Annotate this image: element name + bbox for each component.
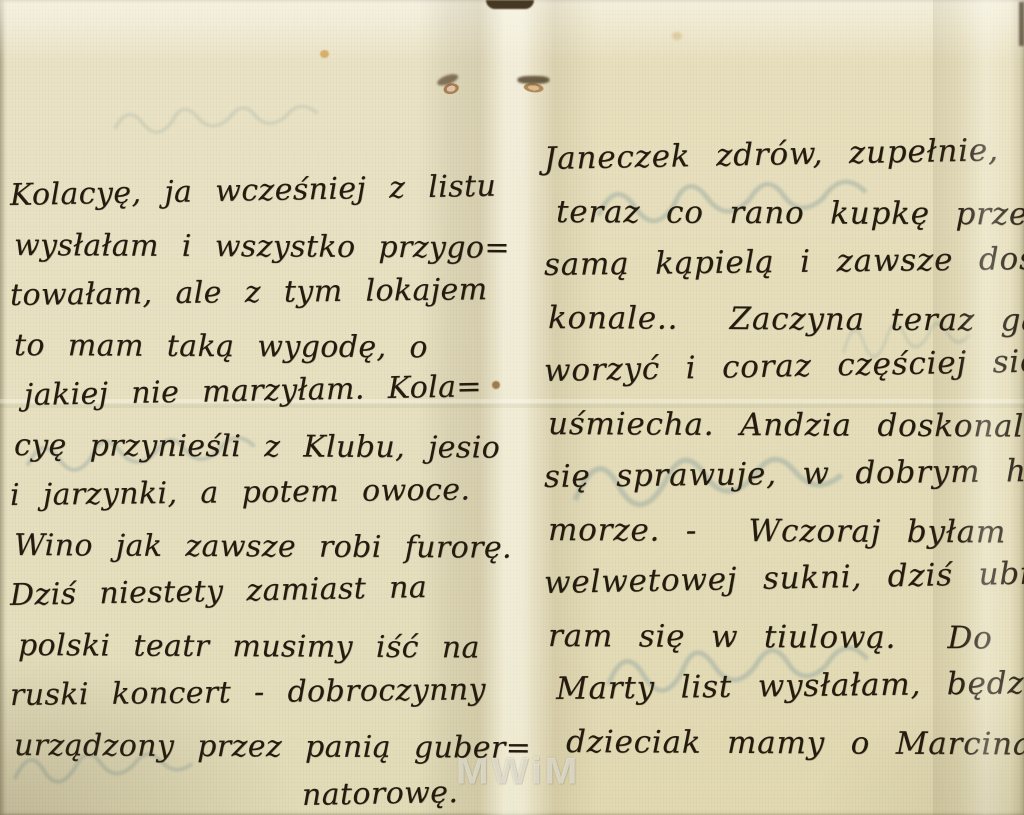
handwriting-line: worzyć i coraz częściej się: [543, 336, 1024, 398]
paper-stain: [320, 50, 329, 58]
top-edge-light: [0, 0, 1024, 60]
handwriting-line: natorowę.: [302, 767, 489, 815]
pin-hole-left: [434, 71, 466, 100]
handwriting-line: Janeczek zdrów, zupełnie, robi: [543, 124, 1024, 186]
handwriting-line: welwetowej sukni, dziś ubie=: [543, 548, 1024, 610]
handwriting-line: towałam, ale z tym lokajem: [10, 265, 489, 321]
letter-scan: MWiM Kolacyę, ja wcześniej z listuwysłał…: [0, 0, 1024, 815]
handwriting-line: Dziś niestety zamiast na: [10, 562, 489, 621]
handwriting-line: ruski koncert - dobroczynny: [10, 665, 489, 721]
paper-stain: [672, 32, 682, 40]
handwriting-line: dzieciak mamy o Marcinach: [566, 716, 1024, 771]
right-edge-dark-mark: [1019, 2, 1024, 46]
handwriting-line: urządzony przez panią guber=: [14, 721, 492, 774]
handwriting-line: się sprawuje, w dobrym hu=: [544, 445, 1024, 504]
fold-top-notch: [486, 0, 534, 9]
handwriting-line: Marty list wysłałam, będzie: [556, 657, 1024, 716]
left-page-text: Kolacyę, ja wcześniej z listuwysłałam i …: [10, 171, 488, 815]
handwriting-line: jakiej nie marzyłam. Kola=: [24, 362, 489, 421]
handwriting-line: i jarzynki, a potem owoce.: [10, 465, 489, 521]
handwriting-line: samą kąpielą i zawsze dos=: [544, 233, 1024, 292]
paper-stain: [492, 381, 500, 389]
ink-bleed-mark: [110, 92, 360, 150]
right-page-text: Janeczek zdrów, zupełnie, robiteraz co r…: [544, 133, 1024, 769]
handwriting-line: Kolacyę, ja wcześniej z listu: [10, 162, 489, 221]
pin-hole-right: [515, 70, 553, 98]
